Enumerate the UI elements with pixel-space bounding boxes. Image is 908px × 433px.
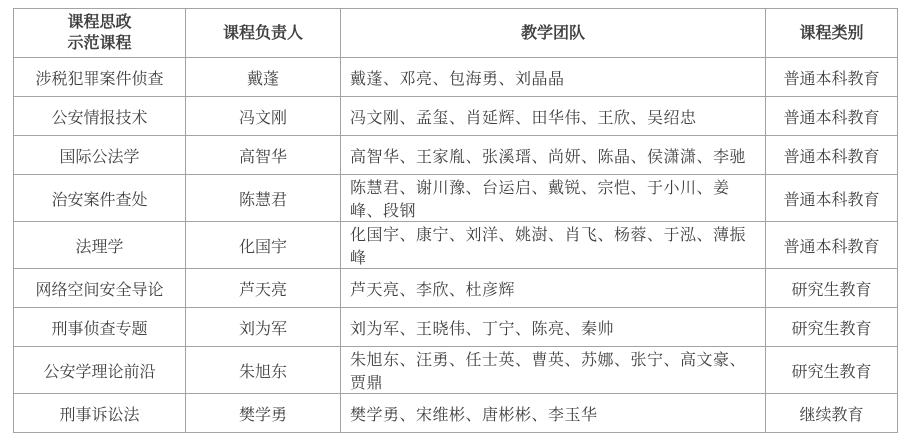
- cell-course: 公安学理论前沿: [14, 347, 186, 394]
- cell-category: 普通本科教育: [766, 97, 898, 136]
- cell-team: 戴蓬、邓亮、包海勇、刘晶晶: [341, 58, 766, 97]
- cell-category: 普通本科教育: [766, 222, 898, 269]
- table-row: 刑事侦查专题 刘为军 刘为军、王晓伟、丁宁、陈亮、秦帅 研究生教育: [14, 308, 898, 347]
- cell-course: 治安案件查处: [14, 175, 186, 222]
- table-row: 刑事诉讼法 樊学勇 樊学勇、宋维彬、唐彬彬、李玉华 继续教育: [14, 394, 898, 433]
- cell-leader: 陈慧君: [186, 175, 341, 222]
- cell-leader: 冯文刚: [186, 97, 341, 136]
- course-table: 课程思政 示范课程 课程负责人 教学团队 课程类别 涉税犯罪案件侦查 戴蓬 戴蓬…: [13, 8, 898, 433]
- cell-leader: 芦天亮: [186, 269, 341, 308]
- cell-course: 公安情报技术: [14, 97, 186, 136]
- cell-leader: 戴蓬: [186, 58, 341, 97]
- cell-team: 化国宇、康宁、刘洋、姚澍、肖飞、杨蓉、于泓、薄振峰: [341, 222, 766, 269]
- cell-category: 普通本科教育: [766, 58, 898, 97]
- cell-course: 涉税犯罪案件侦查: [14, 58, 186, 97]
- table-row: 法理学 化国宇 化国宇、康宁、刘洋、姚澍、肖飞、杨蓉、于泓、薄振峰 普通本科教育: [14, 222, 898, 269]
- cell-category: 研究生教育: [766, 308, 898, 347]
- cell-category: 继续教育: [766, 394, 898, 433]
- cell-category: 普通本科教育: [766, 136, 898, 175]
- table-row: 涉税犯罪案件侦查 戴蓬 戴蓬、邓亮、包海勇、刘晶晶 普通本科教育: [14, 58, 898, 97]
- cell-category: 研究生教育: [766, 269, 898, 308]
- table-body: 涉税犯罪案件侦查 戴蓬 戴蓬、邓亮、包海勇、刘晶晶 普通本科教育 公安情报技术 …: [14, 58, 898, 433]
- cell-team: 陈慧君、谢川豫、台运启、戴锐、宗恺、于小川、姜峰、段钢: [341, 175, 766, 222]
- cell-leader: 化国宇: [186, 222, 341, 269]
- col-header-leader: 课程负责人: [186, 9, 341, 58]
- table-header: 课程思政 示范课程 课程负责人 教学团队 课程类别: [14, 9, 898, 58]
- cell-team: 刘为军、王晓伟、丁宁、陈亮、秦帅: [341, 308, 766, 347]
- cell-category: 普通本科教育: [766, 175, 898, 222]
- cell-course: 国际公法学: [14, 136, 186, 175]
- col-header-team: 教学团队: [341, 9, 766, 58]
- cell-course: 网络空间安全导论: [14, 269, 186, 308]
- cell-team: 冯文刚、孟玺、肖延辉、田华伟、王欣、吴绍忠: [341, 97, 766, 136]
- cell-team: 高智华、王家胤、张溪瑨、尚妍、陈晶、侯潇潇、李驰: [341, 136, 766, 175]
- col-header-category: 课程类别: [766, 9, 898, 58]
- table-row: 公安学理论前沿 朱旭东 朱旭东、汪勇、任士英、曹英、苏娜、张宁、高文豪、贾鼎 研…: [14, 347, 898, 394]
- cell-course: 法理学: [14, 222, 186, 269]
- cell-leader: 高智华: [186, 136, 341, 175]
- table-row: 治安案件查处 陈慧君 陈慧君、谢川豫、台运启、戴锐、宗恺、于小川、姜峰、段钢 普…: [14, 175, 898, 222]
- header-row: 课程思政 示范课程 课程负责人 教学团队 课程类别: [14, 9, 898, 58]
- cell-leader: 朱旭东: [186, 347, 341, 394]
- table-row: 公安情报技术 冯文刚 冯文刚、孟玺、肖延辉、田华伟、王欣、吴绍忠 普通本科教育: [14, 97, 898, 136]
- cell-category: 研究生教育: [766, 347, 898, 394]
- cell-team: 朱旭东、汪勇、任士英、曹英、苏娜、张宁、高文豪、贾鼎: [341, 347, 766, 394]
- table-row: 网络空间安全导论 芦天亮 芦天亮、李欣、杜彦辉 研究生教育: [14, 269, 898, 308]
- cell-team: 樊学勇、宋维彬、唐彬彬、李玉华: [341, 394, 766, 433]
- cell-team: 芦天亮、李欣、杜彦辉: [341, 269, 766, 308]
- cell-course: 刑事侦查专题: [14, 308, 186, 347]
- col-header-course: 课程思政 示范课程: [14, 9, 186, 58]
- cell-leader: 樊学勇: [186, 394, 341, 433]
- cell-leader: 刘为军: [186, 308, 341, 347]
- table-row: 国际公法学 高智华 高智华、王家胤、张溪瑨、尚妍、陈晶、侯潇潇、李驰 普通本科教…: [14, 136, 898, 175]
- cell-course: 刑事诉讼法: [14, 394, 186, 433]
